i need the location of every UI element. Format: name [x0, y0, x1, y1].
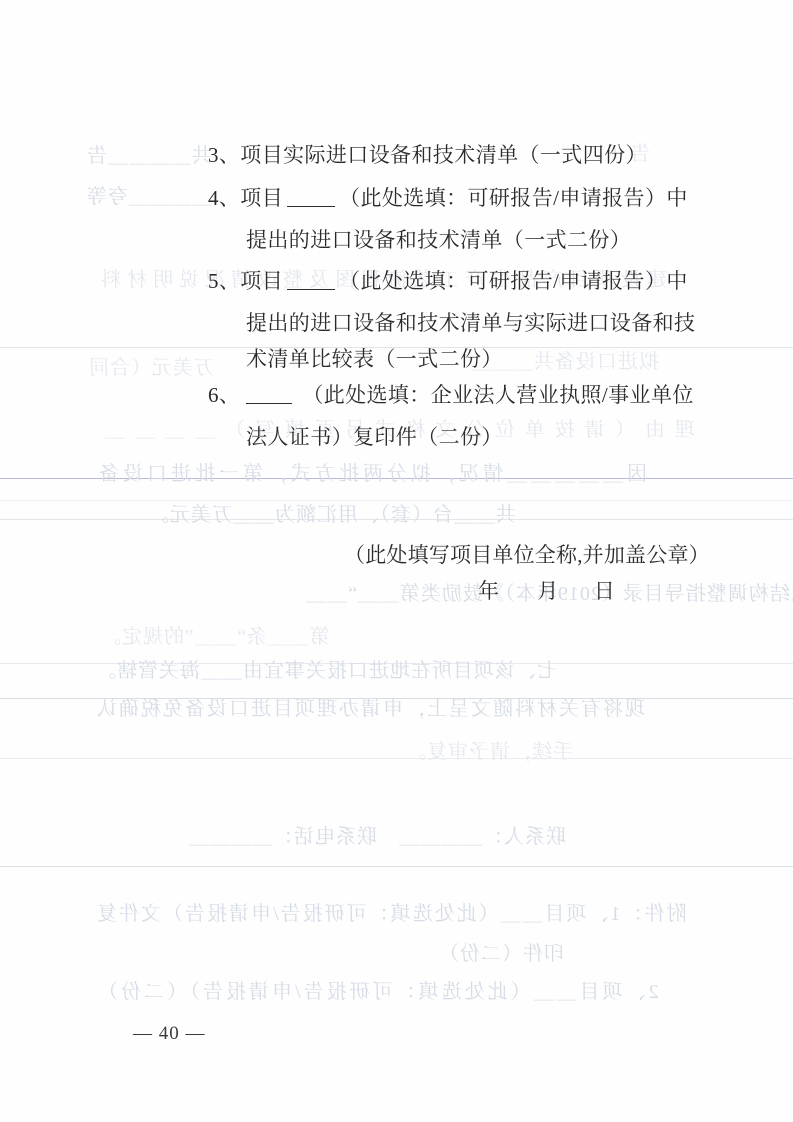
ghost-bleedthrough-text: 联系人：＿＿＿＿ 联系电话：＿＿＿＿ — [188, 825, 566, 849]
list-item-5-line2: 提出的进口设备和技术清单与实际进口设备和技 — [246, 311, 695, 336]
list-item-4-prefix: 4、项目 — [208, 186, 283, 210]
list-item-5-line3: 术清单比较表（一式二份） — [246, 347, 503, 372]
scan-fold-line — [0, 866, 793, 867]
ghost-bleedthrough-text: 因＿＿＿＿＿情况，拟分两批方式，第一批进口设备 — [95, 462, 647, 486]
list-item-4-continuation: 提出的进口设备和技术清单（一式二份） — [246, 228, 631, 252]
list-item-6-line1: 6、（此处选填：企业法人营业执照/事业单位 — [208, 383, 694, 408]
page-number: — 40 — — [133, 1023, 206, 1045]
scan-fold-line — [0, 758, 793, 759]
list-item-4-line2: 提出的进口设备和技术清单（一式二份） — [246, 228, 631, 253]
list-item-5-prefix: 5、项目 — [208, 269, 283, 293]
list-item-6-suffix: （此处选填：企业法人营业执照/事业单位 — [302, 383, 693, 407]
list-item-4-suffix: （此处选填：可研报告/申请报告）中 — [339, 186, 688, 210]
blank-underline — [287, 284, 335, 290]
list-item-5-continuation2: 术清单比较表（一式二份） — [246, 347, 503, 371]
date-year-label: 年 — [478, 579, 499, 604]
scan-fold-line-blue — [0, 478, 793, 479]
blank-underline — [246, 398, 292, 404]
list-item-4-line1: 4、项目（此处选填：可研报告/申请报告）中 — [208, 186, 688, 211]
blank-underline — [287, 201, 335, 207]
scan-fold-line — [0, 519, 793, 520]
list-item-6-continuation: 法人证书）复印件（二份） — [246, 425, 503, 449]
list-item-3: 3、项目实际进口设备和技术清单（一式四份） — [208, 143, 647, 168]
list-item-3-text: 3、项目实际进口设备和技术清单（一式四份） — [208, 143, 647, 167]
ghost-bleedthrough-text: ＿＿＿＿夸等 — [86, 185, 212, 209]
date-month-label: 月 — [537, 579, 558, 604]
seal-note: （此处填写项目单位全称,并加盖公章） — [344, 543, 710, 568]
date-day-label: 日 — [594, 579, 615, 604]
list-item-5-continuation1: 提出的进口设备和技术清单与实际进口设备和技 — [246, 311, 695, 335]
scan-fold-line — [0, 663, 793, 664]
scan-fold-line — [0, 698, 793, 699]
ghost-bleedthrough-text: 印件（二份） — [438, 942, 564, 966]
ghost-bleedthrough-text: 共＿＿＿＿告 — [86, 144, 212, 168]
ghost-bleedthrough-text: 共＿＿台（套）、用汇额为＿＿万美元。 — [148, 503, 516, 527]
ghost-bleedthrough-text: 万美元（合同 — [88, 356, 214, 380]
list-item-5-suffix: （此处选填：可研报告/申请报告）中 — [339, 269, 688, 293]
ghost-bleedthrough-text: 附件：1、项目＿＿（此处选填：可研报告/申请报告）文件复 — [95, 902, 687, 926]
list-item-5-line1: 5、项目（此处选填：可研报告/申请报告）中 — [208, 269, 688, 294]
ghost-bleedthrough-text: 现将有关材料随文呈上，申请办理项目进口设备免税确认 — [95, 697, 645, 721]
list-item-6-prefix: 6、 — [208, 383, 240, 407]
date-line: 年月日 — [478, 579, 615, 604]
ghost-bleedthrough-text: 第＿＿条“＿＿”的规定。 — [100, 625, 330, 649]
scanned-document-page: 共＿＿＿＿告 告（ ＿＿＿＿夸等 建设项目产品生产工艺流程图及整改情况说明材料 … — [0, 0, 793, 1122]
ghost-bleedthrough-text: 手续，请予审复。 — [405, 740, 573, 764]
ghost-bleedthrough-text: 2、项目＿＿（此处选填：可研报告/申请报告）（二份） — [95, 980, 659, 1004]
scan-fold-line — [0, 500, 793, 501]
list-item-6-line2: 法人证书）复印件（二份） — [246, 425, 503, 450]
